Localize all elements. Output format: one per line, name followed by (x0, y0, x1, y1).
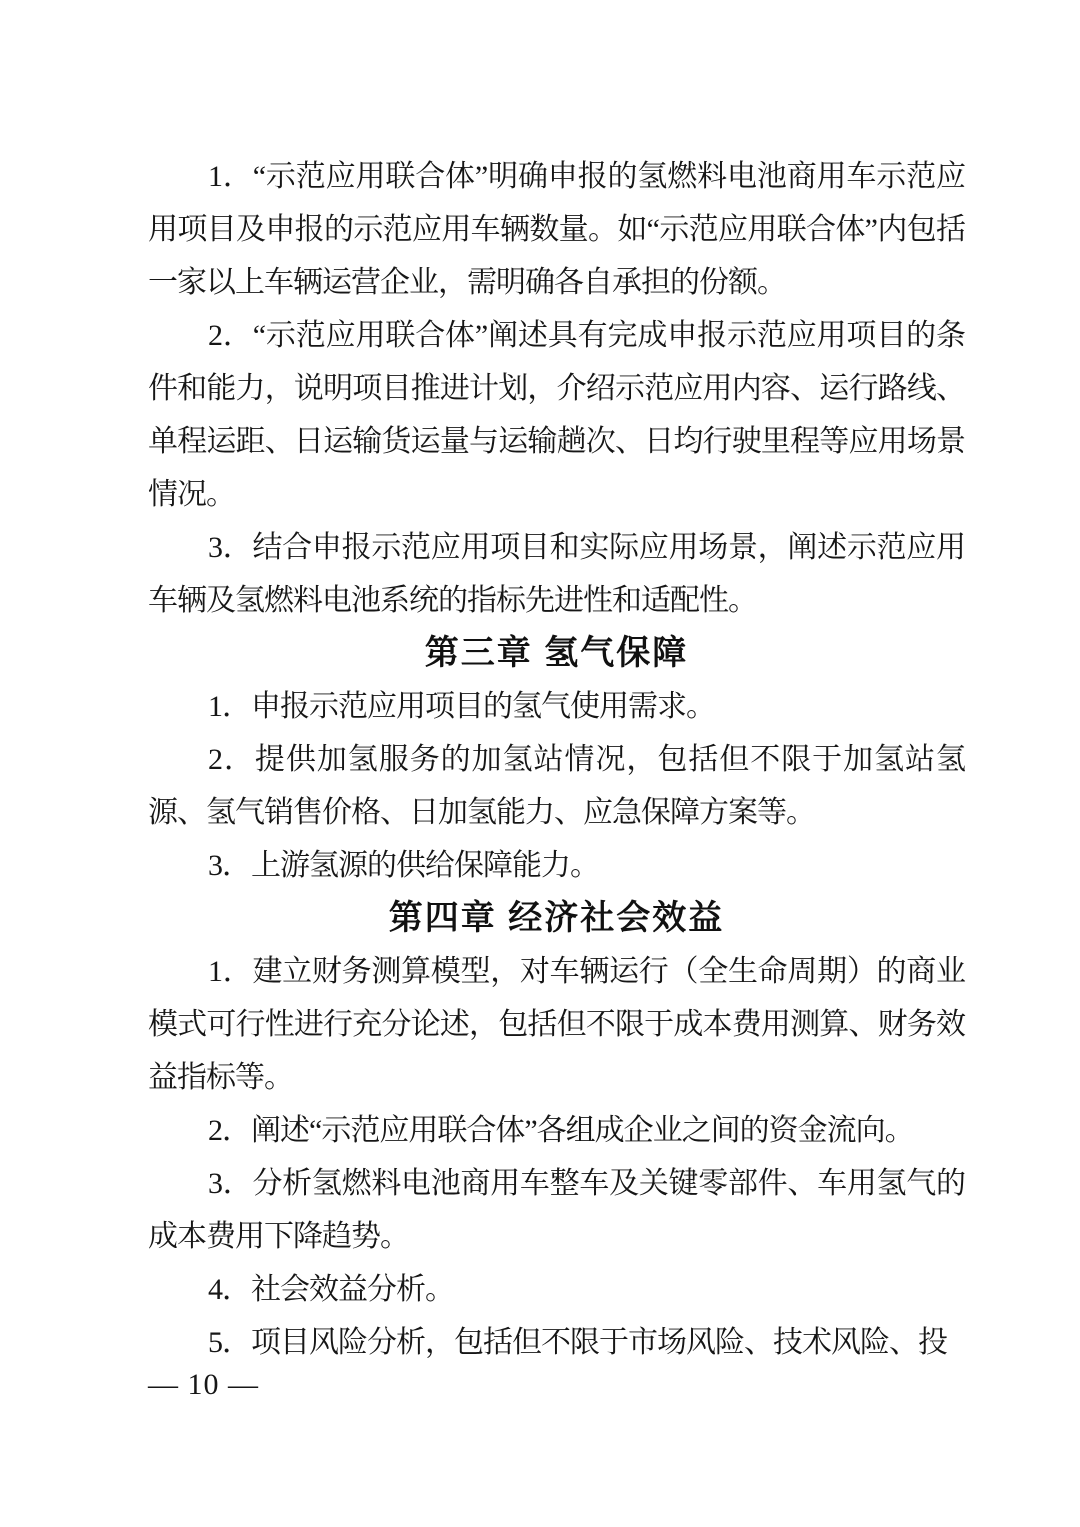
chapter-heading: 第三章 氢气保障 (148, 627, 965, 680)
paragraph: 3．上游氢源的供给保障能力。 (148, 839, 965, 892)
paragraph: 3．分析氢燃料电池商用车整车及关键零部件、车用氢气的成本费用下降趋势。 (148, 1157, 965, 1263)
paragraph: 1．建立财务测算模型，对车辆运行（全生命周期）的商业模式可行性进行充分论述，包括… (148, 945, 965, 1104)
paragraph: 2．阐述“示范应用联合体”各组成企业之间的资金流向。 (148, 1104, 965, 1157)
document-page: 1．“示范应用联合体”明确申报的氢燃料电池商用车示范应用项目及申报的示范应用车辆… (0, 0, 1080, 1527)
paragraph: 5．项目风险分析，包括但不限于市场风险、技术风险、投 (148, 1316, 965, 1369)
document-body: 1．“示范应用联合体”明确申报的氢燃料电池商用车示范应用项目及申报的示范应用车辆… (148, 150, 965, 1369)
paragraph: 3．结合申报示范应用项目和实际应用场景，阐述示范应用车辆及氢燃料电池系统的指标先… (148, 521, 965, 627)
paragraph: 2．“示范应用联合体”阐述具有完成申报示范应用项目的条件和能力，说明项目推进计划… (148, 309, 965, 521)
paragraph: 4．社会效益分析。 (148, 1263, 965, 1316)
page-number: — 10 — (148, 1368, 259, 1402)
paragraph: 1．“示范应用联合体”明确申报的氢燃料电池商用车示范应用项目及申报的示范应用车辆… (148, 150, 965, 309)
paragraph: 2．提供加氢服务的加氢站情况，包括但不限于加氢站氢源、氢气销售价格、日加氢能力、… (148, 733, 965, 839)
paragraph: 1．申报示范应用项目的氢气使用需求。 (148, 680, 965, 733)
chapter-heading: 第四章 经济社会效益 (148, 892, 965, 945)
